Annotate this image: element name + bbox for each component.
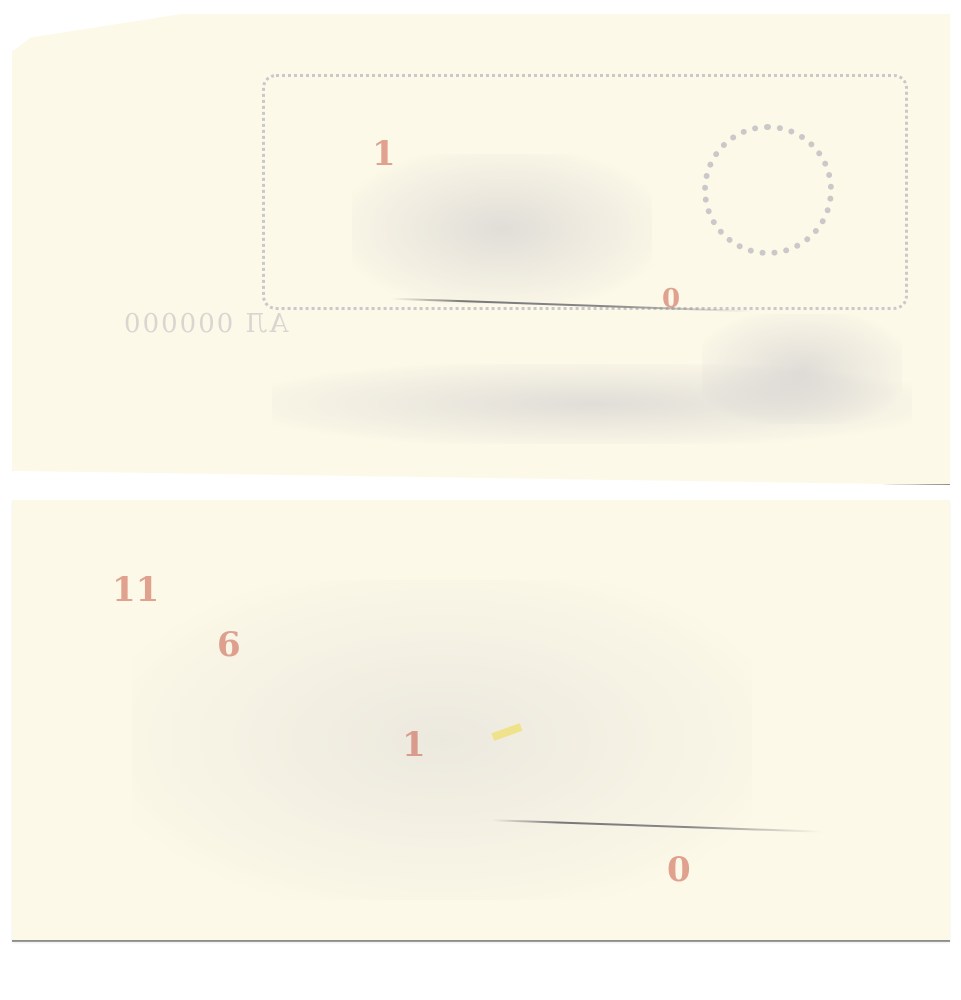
corner-ornament xyxy=(702,314,902,424)
vignette-center xyxy=(352,154,652,304)
red-digit: 0 xyxy=(667,850,691,890)
red-digit: 6 xyxy=(217,625,241,665)
red-digit: 1 xyxy=(402,725,426,765)
banknote-sheet-bottom: 11 6 1 0 xyxy=(12,500,950,941)
red-digit: 11 xyxy=(112,570,159,610)
banknote-sheet-top: АЛ 000000 1 0 xyxy=(12,14,950,485)
emblem-icon xyxy=(702,124,834,256)
red-digit: 1 xyxy=(372,134,396,174)
serial-number-mirrored: АЛ 000000 xyxy=(122,309,289,339)
